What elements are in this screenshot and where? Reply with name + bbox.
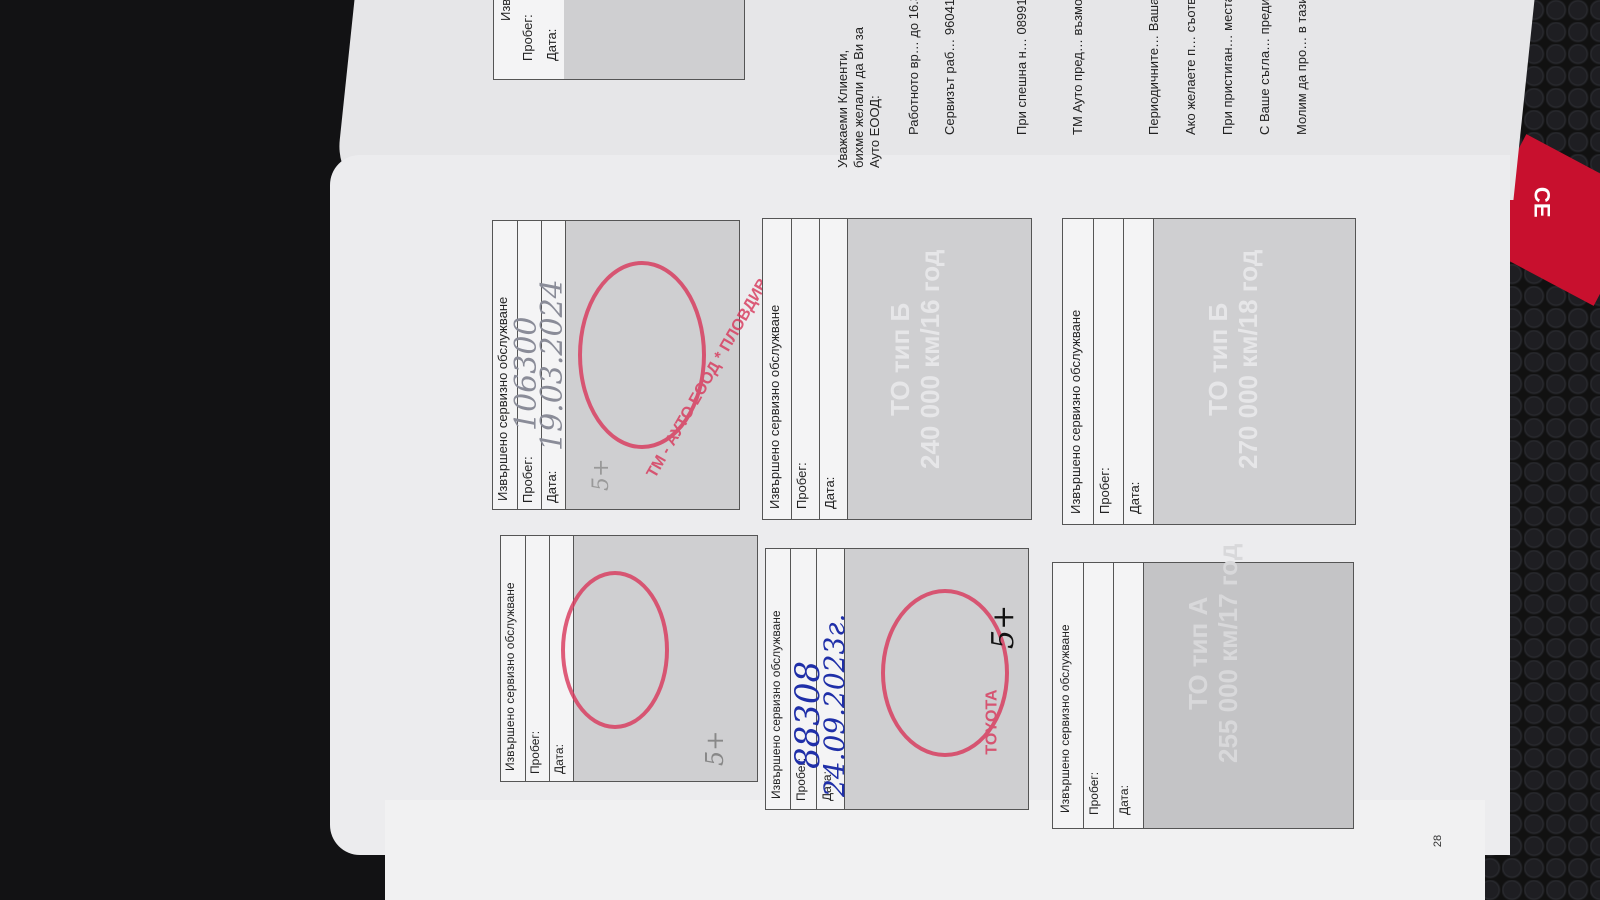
service-box: Извършено сервизно обслужване Пробег: Да… [1062,218,1356,525]
service-box: Извършено сервизно обслужване Пробег: Да… [500,535,758,782]
service-header: Извършено сервизно обслужване [503,582,517,771]
mileage-label: Пробег: [1087,772,1101,815]
mileage-label: Пробег: [520,14,535,61]
service-box: Извършено сервизно обслужване Пробег: Да… [492,220,740,510]
date-value: 24.09.2023г. [818,614,851,797]
service-box: Извършено сервизно обслужване Пробег: Да… [1052,562,1354,829]
service-header: Извършено сервизно обслужване [495,297,510,501]
date-label: Дата: [1127,482,1142,514]
watermark: ТО тип Б 240 000 км/16 год [885,250,945,469]
date-label: Дата: [544,471,559,503]
date-label: Дата: [1117,785,1131,815]
handwritten-note: 5+ [589,459,614,491]
mileage-label: Пробег: [1097,467,1112,514]
service-box: Извършено сервизно обслужване Пробег: Да… [762,218,1032,520]
service-box: Извършено сервизно обслужване Пробег: Да… [765,548,1029,810]
handwritten-note: 5+ [986,605,1021,649]
page-number: 28 [1432,835,1444,847]
mileage-label: Пробег: [528,731,542,774]
watermark: ТО тип А 255 000 км/17 год [1183,544,1243,763]
company-stamp: ТМ - АУТО ЕООД * ПЛОВДИВ * [578,261,706,449]
company-stamp [561,571,669,729]
date-value: 19.03.2024 [535,279,570,451]
service-header: Извършено сервизно обслужване [769,610,783,799]
mileage-label: Пробег: [794,462,809,509]
service-header: Извършено сервизно обслужване [1058,624,1072,813]
handwritten-note: 5+ [701,731,729,766]
mileage-label: Пробег: [520,456,535,503]
date-label: Дата: [544,29,559,61]
service-header: Извършено сервизно обслужване [1068,310,1083,514]
watermark: ТО тип Б 270 000 км/18 год [1203,250,1263,469]
service-header: Извършено сервизно обслужване [767,305,782,509]
date-label: Дата: [822,477,837,509]
service-box: Извършено сервизно обслужване Пробег: Да… [493,0,745,80]
date-label: Дата: [552,744,566,774]
service-header: Извършено сервизно обслужване [498,0,513,21]
